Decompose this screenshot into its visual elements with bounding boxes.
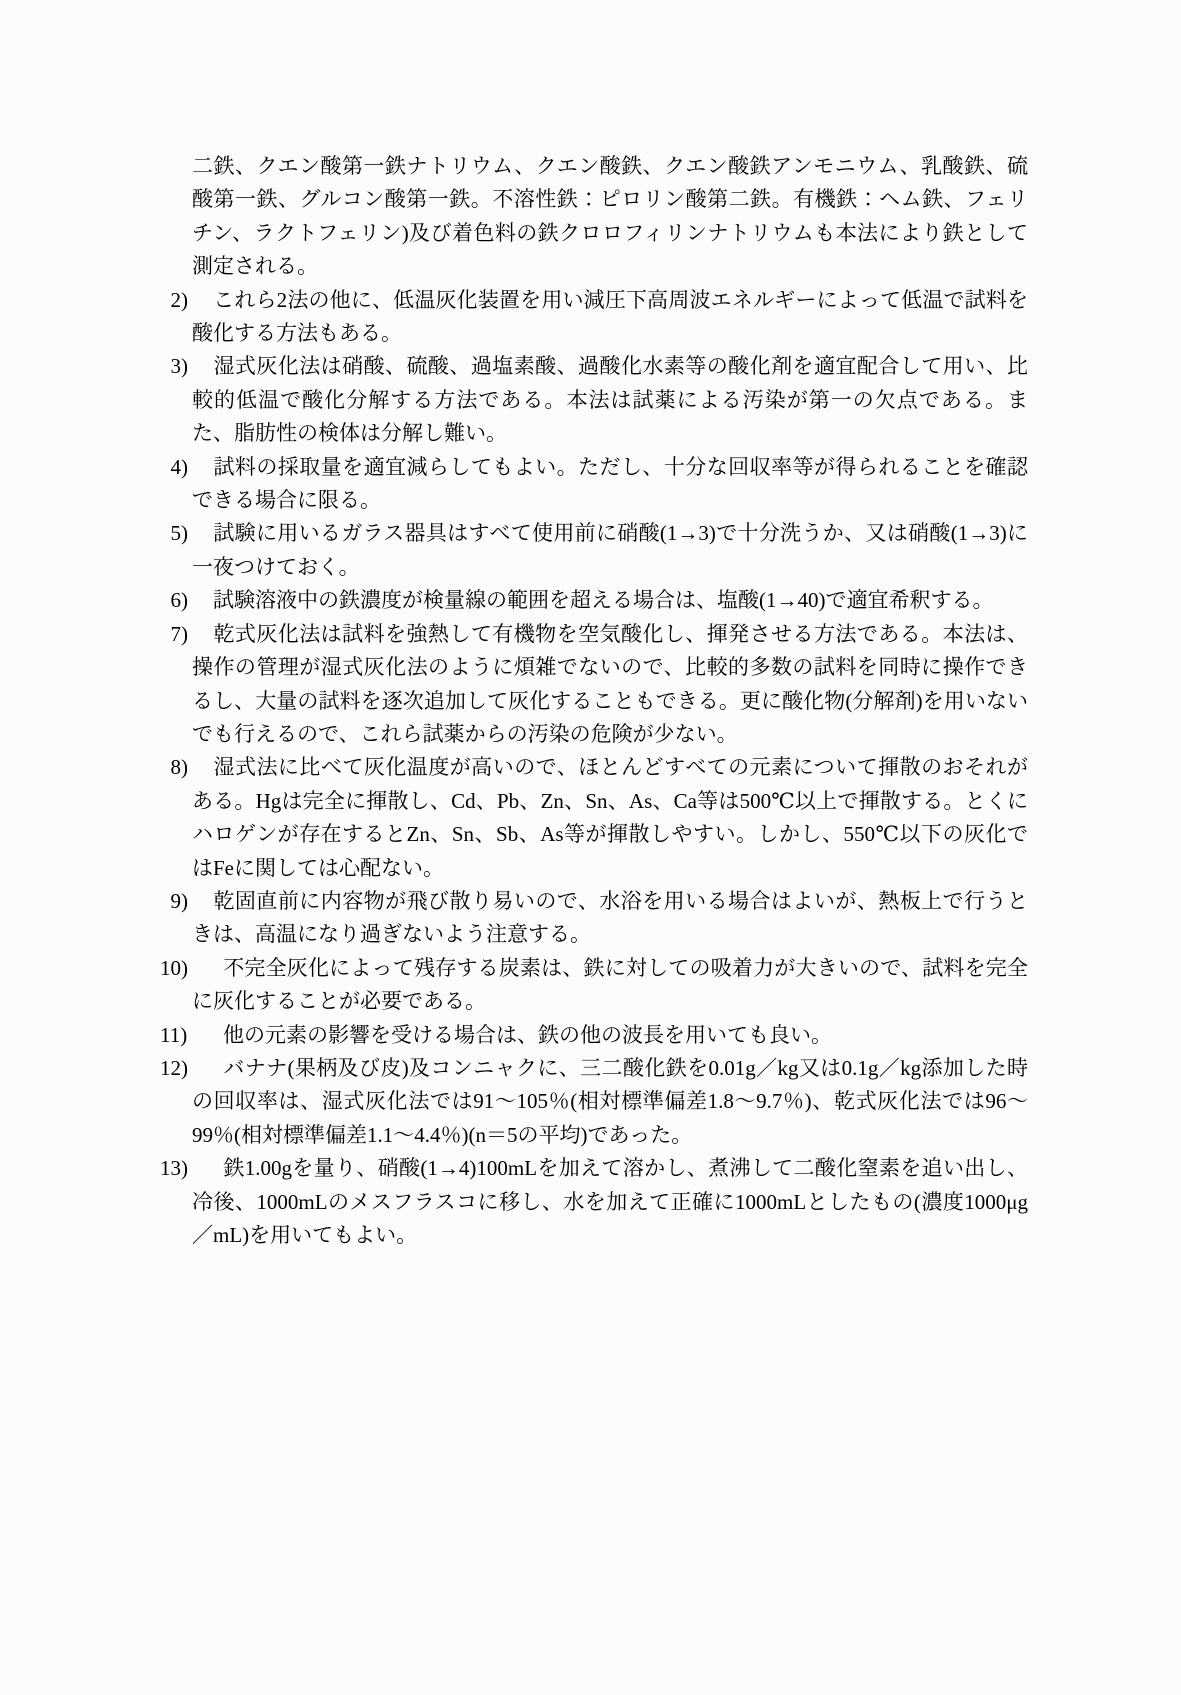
list-item-number: 5) [160,517,213,550]
list-item-number: 4) [160,451,213,484]
intro-paragraph: 二鉄、クエン酸第一鉄ナトリウム、クエン酸鉄、クエン酸鉄アンモニウム、乳酸鉄、硫酸… [192,150,1028,284]
list-item: 11)他の元素の影響を受ける場合は、鉄の他の波長を用いても良い。 [160,1019,1028,1052]
list-item: 5)試験に用いるガラス器具はすべて使用前に硝酸(1→3)で十分洗うか、又は硝酸(… [160,517,1028,584]
list-item: 3)湿式灰化法は硝酸、硫酸、過塩素酸、過酸化水素等の酸化剤を適宜配合して用い、比… [160,350,1028,450]
list-item: 7)乾式灰化法は試料を強熱して有機物を空気酸化し、揮発させる方法である。本法は、… [160,618,1028,752]
list-item-number: 11) [160,1019,223,1052]
list-item-text: 試験溶液中の鉄濃度が検量線の範囲を超える場合は、塩酸(1→40)で適宜希釈する。 [213,588,993,612]
list-item-text: 湿式灰化法は硝酸、硫酸、過塩素酸、過酸化水素等の酸化剤を適宜配合して用い、比較的… [192,354,1028,445]
list-item: 2)これら2法の他に、低温灰化装置を用い減圧下高周波エネルギーによって低温で試料… [160,284,1028,351]
list-item-number: 13) [160,1152,223,1185]
list-item-text: バナナ(果柄及び皮)及コンニャクに、三二酸化鉄を0.01g／kg又は0.1g／k… [192,1056,1028,1147]
list-item: 13)鉄1.00gを量り、硝酸(1→4)100mLを加えて溶かし、煮沸して二酸化… [160,1152,1028,1252]
list-item-text: 不完全灰化によって残存する炭素は、鉄に対しての吸着力が大きいので、試料を完全に灰… [192,956,1028,1013]
list-item: 12)バナナ(果柄及び皮)及コンニャクに、三二酸化鉄を0.01g／kg又は0.1… [160,1052,1028,1152]
list-item: 9)乾固直前に内容物が飛び散り易いので、水浴を用いる場合はよいが、熱板上で行うと… [160,885,1028,952]
list-item-text: 乾式灰化法は試料を強熱して有機物を空気酸化し、揮発させる方法である。本法は、操作… [192,622,1028,746]
list-item-number: 7) [160,618,213,651]
list-item-text: これら2法の他に、低温灰化装置を用い減圧下高周波エネルギーによって低温で試料を酸… [192,288,1028,345]
list-item: 8)湿式法に比べて灰化温度が高いので、ほとんどすべての元素について揮散のおそれが… [160,751,1028,885]
list-item: 4)試料の採取量を適宜減らしてもよい。ただし、十分な回収率等が得られることを確認… [160,451,1028,518]
list-item-text: 試験に用いるガラス器具はすべて使用前に硝酸(1→3)で十分洗うか、又は硝酸(1→… [192,521,1028,578]
list-item-text: 鉄1.00gを量り、硝酸(1→4)100mLを加えて溶かし、煮沸して二酸化窒素を… [192,1156,1028,1247]
list-item-number: 10) [160,952,223,985]
list-item-number: 12) [160,1052,223,1085]
list-item-text: 試料の採取量を適宜減らしてもよい。ただし、十分な回収率等が得られることを確認でき… [192,455,1028,512]
list-item: 10)不完全灰化によって残存する炭素は、鉄に対しての吸着力が大きいので、試料を完… [160,952,1028,1019]
list-item-number: 6) [160,584,213,617]
list-item-text: 他の元素の影響を受ける場合は、鉄の他の波長を用いても良い。 [223,1023,832,1047]
list-item-text: 湿式法に比べて灰化温度が高いので、ほとんどすべての元素について揮散のおそれがある… [192,755,1028,879]
list-item-number: 2) [160,284,213,317]
text-block: 二鉄、クエン酸第一鉄ナトリウム、クエン酸鉄、クエン酸鉄アンモニウム、乳酸鉄、硫酸… [160,150,1028,1252]
list-item-number: 8) [160,751,213,784]
list-item: 6)試験溶液中の鉄濃度が検量線の範囲を超える場合は、塩酸(1→40)で適宜希釈す… [160,584,1028,617]
list-item-text: 乾固直前に内容物が飛び散り易いので、水浴を用いる場合はよいが、熱板上で行うときは… [192,889,1028,946]
list-item-number: 3) [160,350,213,383]
list-item-number: 9) [160,885,213,918]
document-page: 二鉄、クエン酸第一鉄ナトリウム、クエン酸鉄、クエン酸鉄アンモニウム、乳酸鉄、硫酸… [0,0,1181,1695]
